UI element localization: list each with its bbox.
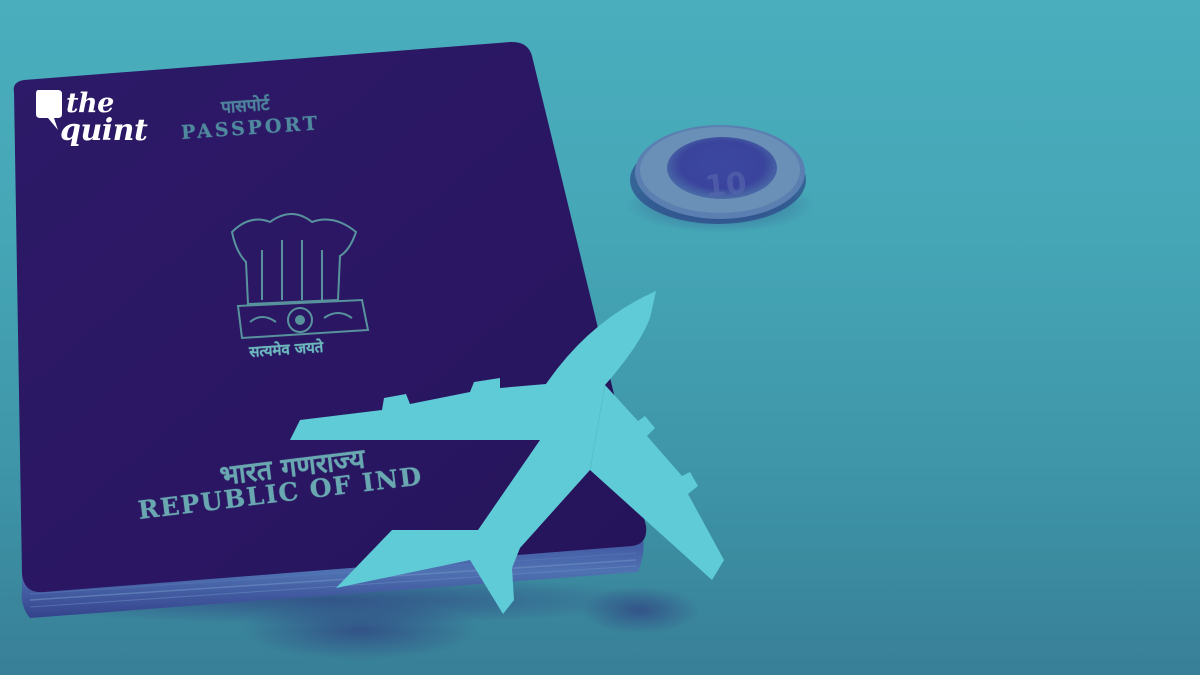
photo-artwork: [0, 0, 1200, 675]
logo-word-quint: quint: [60, 116, 147, 146]
photo-scene: पासपोर्ट PASSPORT सत्यमेव जयते भारत गणरा…: [0, 0, 1200, 675]
coin-denomination: 10: [703, 166, 748, 205]
passport-title-hindi: पासपोर्ट: [220, 92, 270, 118]
the-quint-logo: the quint: [30, 88, 160, 168]
